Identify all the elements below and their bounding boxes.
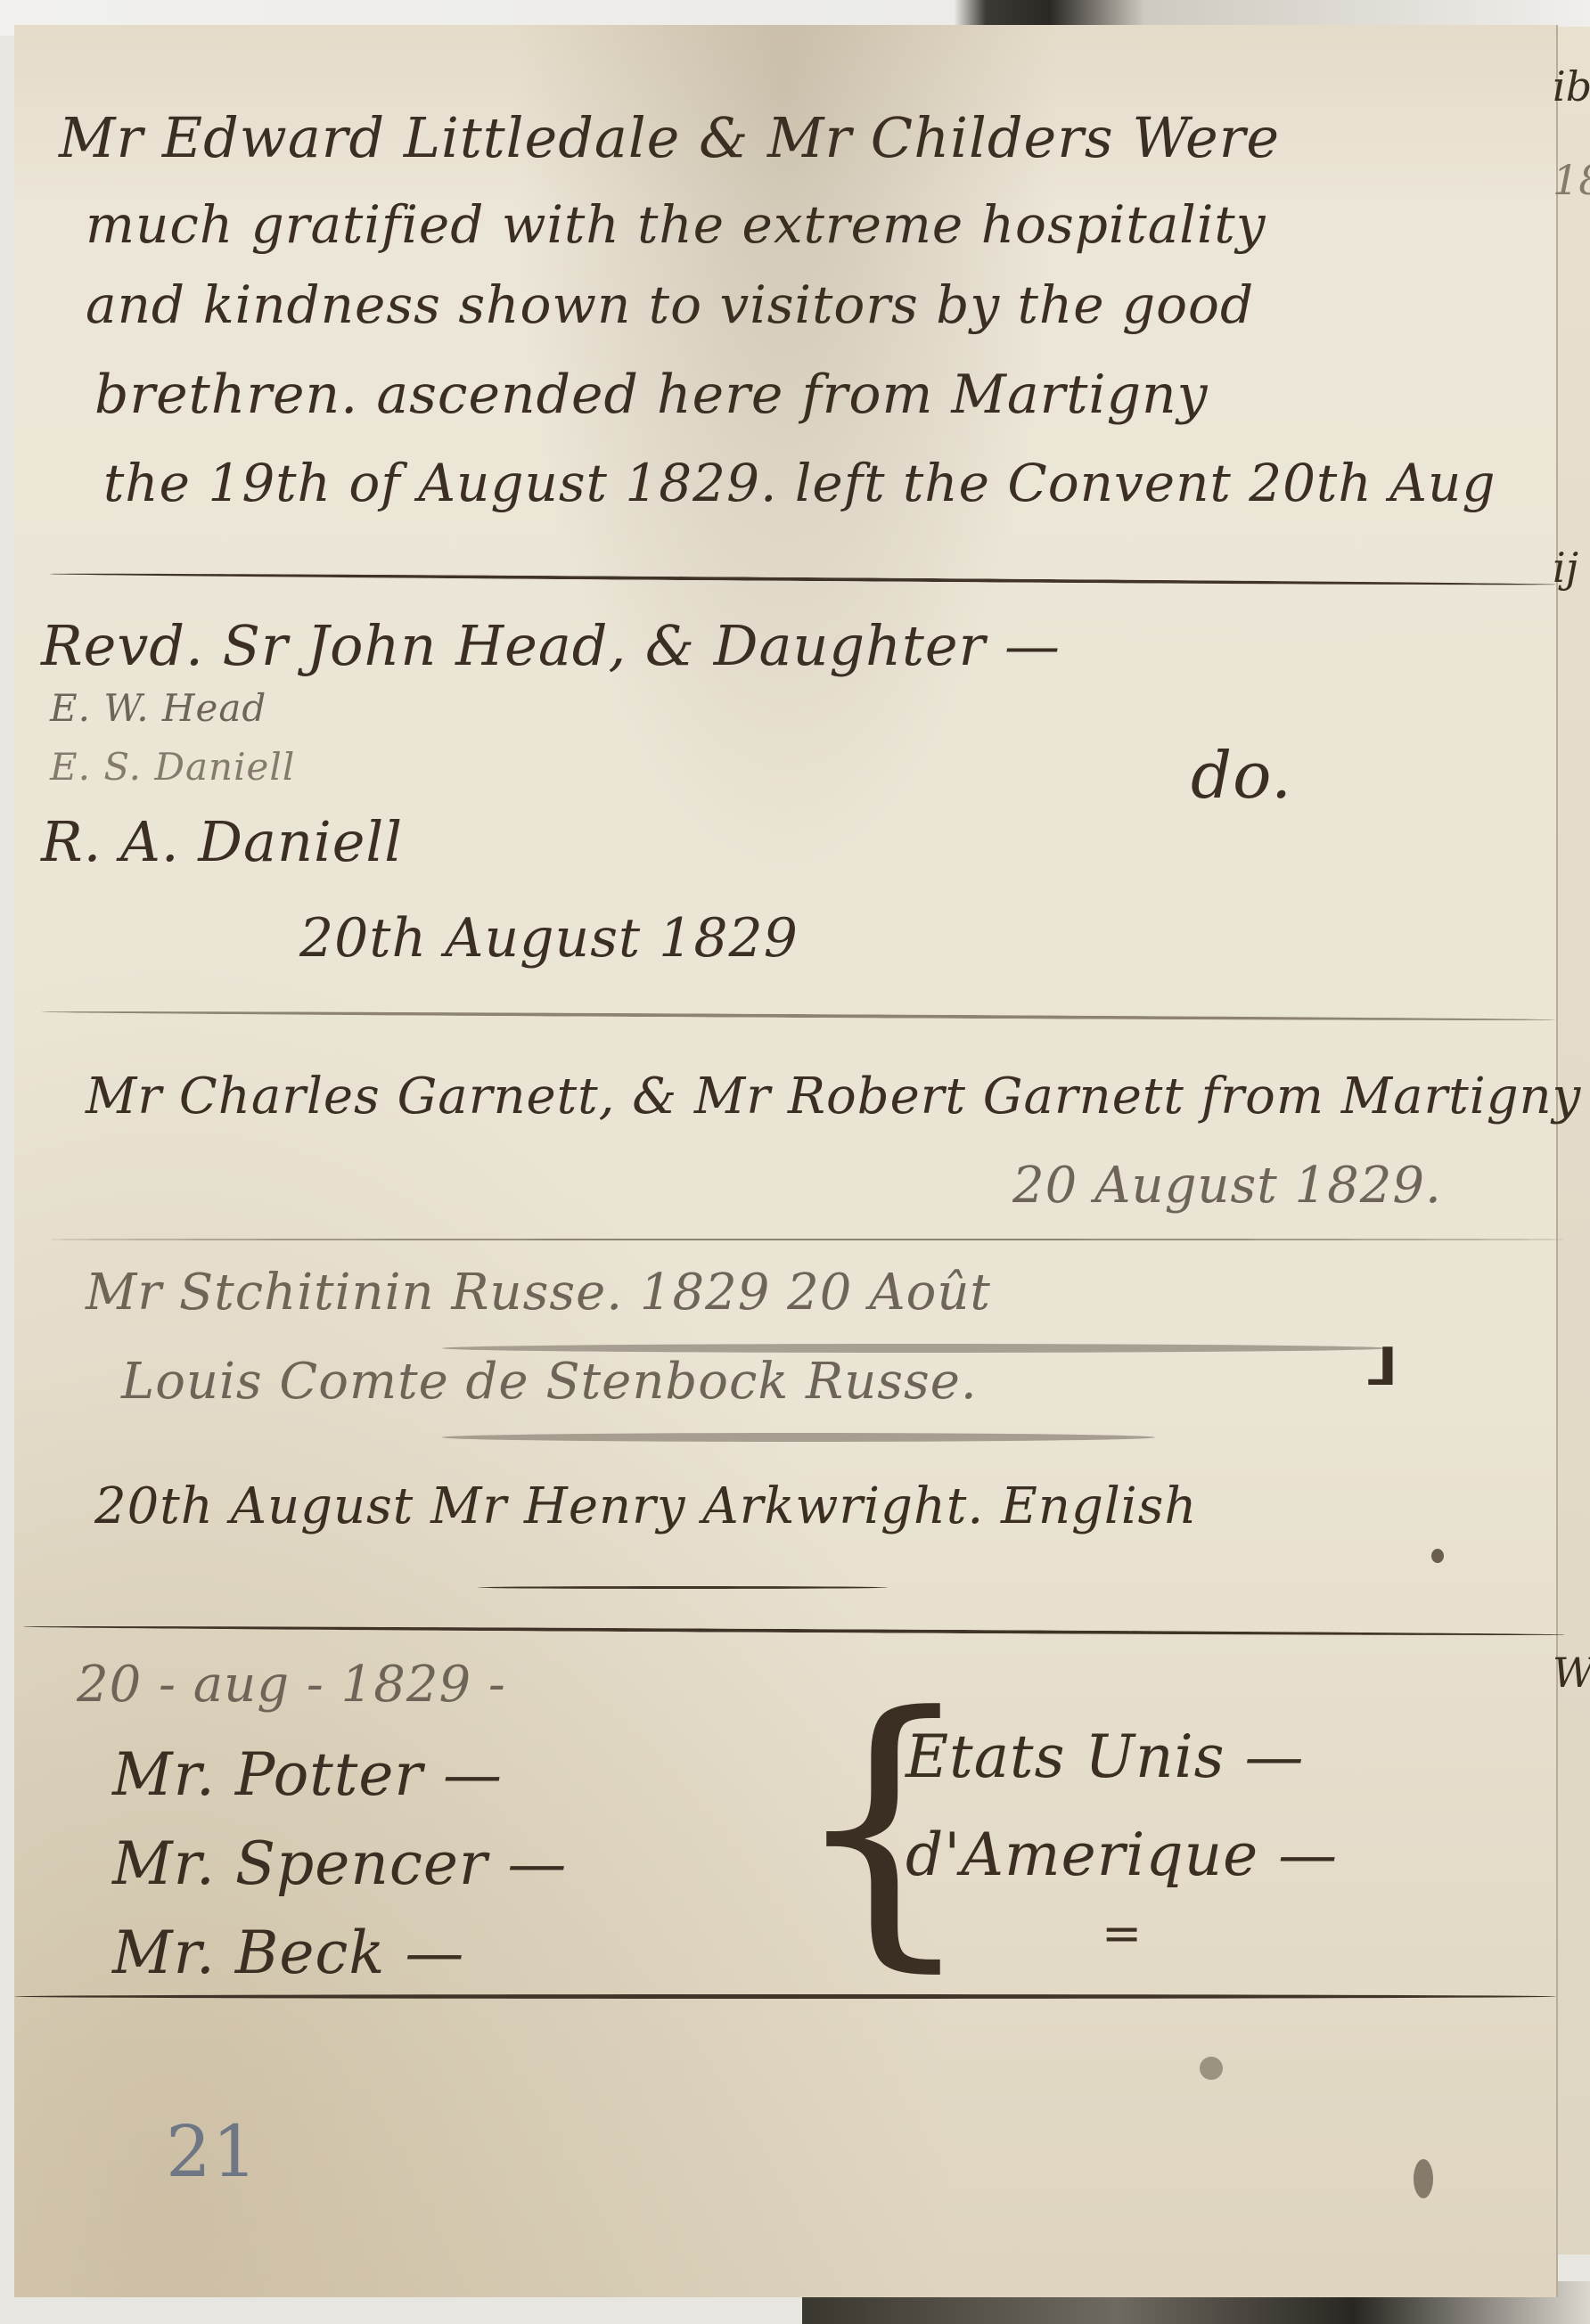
entry-divider	[50, 572, 1556, 586]
margin-note: do.	[1191, 738, 1292, 813]
entry-line: Mr Edward Littledale & Mr Childers Were	[59, 105, 1280, 170]
origin-line: Etats Unis —	[906, 1723, 1305, 1791]
entry-line: and kindness shown to visitors by the go…	[86, 274, 1254, 335]
entry-line: Revd. Sr John Head, & Daughter —	[41, 613, 1061, 678]
entry-line: the 19th of August 1829. left the Conven…	[103, 453, 1496, 513]
entry-divider	[23, 1624, 1565, 1636]
margin-fragment: W	[1553, 1649, 1590, 1697]
entry-divider	[14, 1994, 1556, 1999]
register-page: Mr Edward Littledale & Mr Childers Were …	[14, 25, 1558, 2297]
entry-line: Mr Charles Garnett, & Mr Robert Garnett …	[86, 1068, 1581, 1125]
signature: E. W. Head	[50, 686, 266, 730]
margin-fragment: 18	[1553, 156, 1590, 204]
origin-line: d'Amerique —	[906, 1821, 1338, 1889]
entry-line: brethren. ascended here from Martigny	[94, 364, 1209, 426]
adjacent-page-edge	[1556, 27, 1590, 2254]
bracket-mark: ⸥	[1360, 1272, 1402, 1396]
visitor-name: Mr. Potter —	[112, 1740, 503, 1809]
ink-stain	[1414, 2159, 1433, 2198]
visitor-name: Mr. Beck —	[112, 1919, 464, 1987]
ink-dot	[1431, 1549, 1444, 1563]
entry-divider	[50, 1239, 1565, 1240]
entry-divider	[41, 1011, 1556, 1022]
signature: E. S. Daniell	[50, 745, 295, 789]
entry-date: 20 August 1829.	[1012, 1157, 1442, 1215]
page-number: 21	[166, 2110, 258, 2193]
entry-line: 20th August Mr Henry Arkwright. English	[94, 1477, 1197, 1535]
entry-date: 20 - aug - 1829 -	[77, 1656, 506, 1714]
underline	[442, 1433, 1155, 1442]
ink-smear	[442, 1344, 1387, 1353]
signature: R. A. Daniell	[41, 809, 403, 874]
entry-date: 20th August 1829	[299, 907, 799, 970]
margin-fragment: ij	[1553, 544, 1578, 592]
entry-line: Louis Comte de Stenbock Russe.	[121, 1353, 978, 1411]
margin-fragment: ib	[1553, 62, 1590, 110]
underline	[478, 1586, 888, 1589]
visitor-name: Mr. Spencer —	[112, 1829, 567, 1898]
entry-line: much gratified with the extreme hospital…	[86, 194, 1266, 255]
ink-stain	[1200, 2057, 1223, 2080]
origin-line: =	[1102, 1905, 1143, 1961]
entry-line: Mr Stchitinin Russe. 1829 20 Août	[86, 1264, 991, 1322]
